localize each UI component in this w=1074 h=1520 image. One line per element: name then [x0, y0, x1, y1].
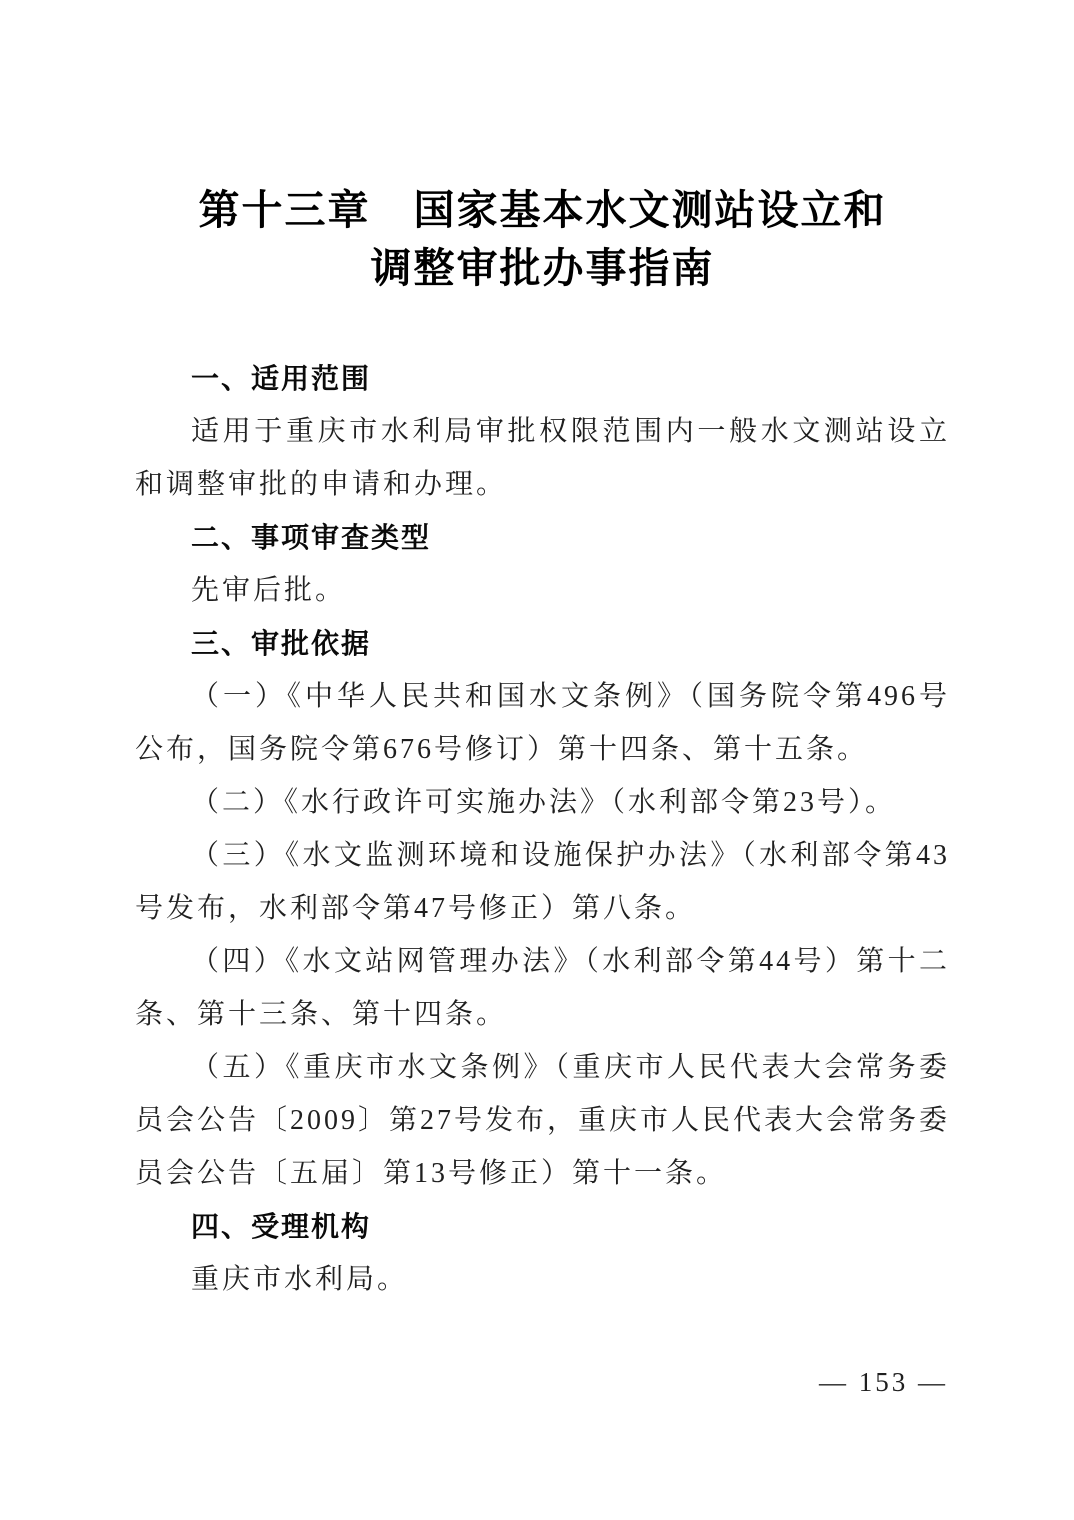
body-paragraph: （四）《水文站网管理办法》（水利部令第44号）第十二条、第十三条、第十四条。: [135, 935, 950, 1041]
section-heading: 一、适用范围: [135, 352, 950, 405]
document-page: 第十三章 国家基本水文测站设立和 调整审批办事指南 一、适用范围适用于重庆市水利…: [0, 0, 1074, 1520]
chapter-title-line-1: 第十三章 国家基本水文测站设立和: [135, 181, 950, 239]
body-paragraph: （五）《重庆市水文条例》（重庆市人民代表大会常务委员会公告〔2009〕第27号发…: [135, 1041, 950, 1200]
body-paragraph: 适用于重庆市水利局审批权限范围内一般水文测站设立和调整审批的申请和办理。: [135, 405, 950, 511]
chapter-title-line-2: 调整审批办事指南: [135, 239, 950, 297]
body-paragraph: 先审后批。: [135, 564, 950, 617]
page-number: — 153 —: [819, 1366, 948, 1398]
body-paragraph: （一）《中华人民共和国水文条例》（国务院令第496号公布，国务院令第676号修订…: [135, 670, 950, 776]
section-heading: 四、受理机构: [135, 1200, 950, 1253]
section-heading: 三、审批依据: [135, 617, 950, 670]
document-body: 一、适用范围适用于重庆市水利局审批权限范围内一般水文测站设立和调整审批的申请和办…: [135, 352, 950, 1306]
document-content-area: 第十三章 国家基本水文测站设立和 调整审批办事指南 一、适用范围适用于重庆市水利…: [135, 0, 950, 1306]
body-paragraph: 重庆市水利局。: [135, 1253, 950, 1306]
chapter-title: 第十三章 国家基本水文测站设立和 调整审批办事指南: [135, 181, 950, 297]
body-paragraph: （二）《水行政许可实施办法》（水利部令第23号）。: [135, 776, 950, 829]
section-heading: 二、事项审查类型: [135, 511, 950, 564]
body-paragraph: （三）《水文监测环境和设施保护办法》（水利部令第43号发布，水利部令第47号修正…: [135, 829, 950, 935]
